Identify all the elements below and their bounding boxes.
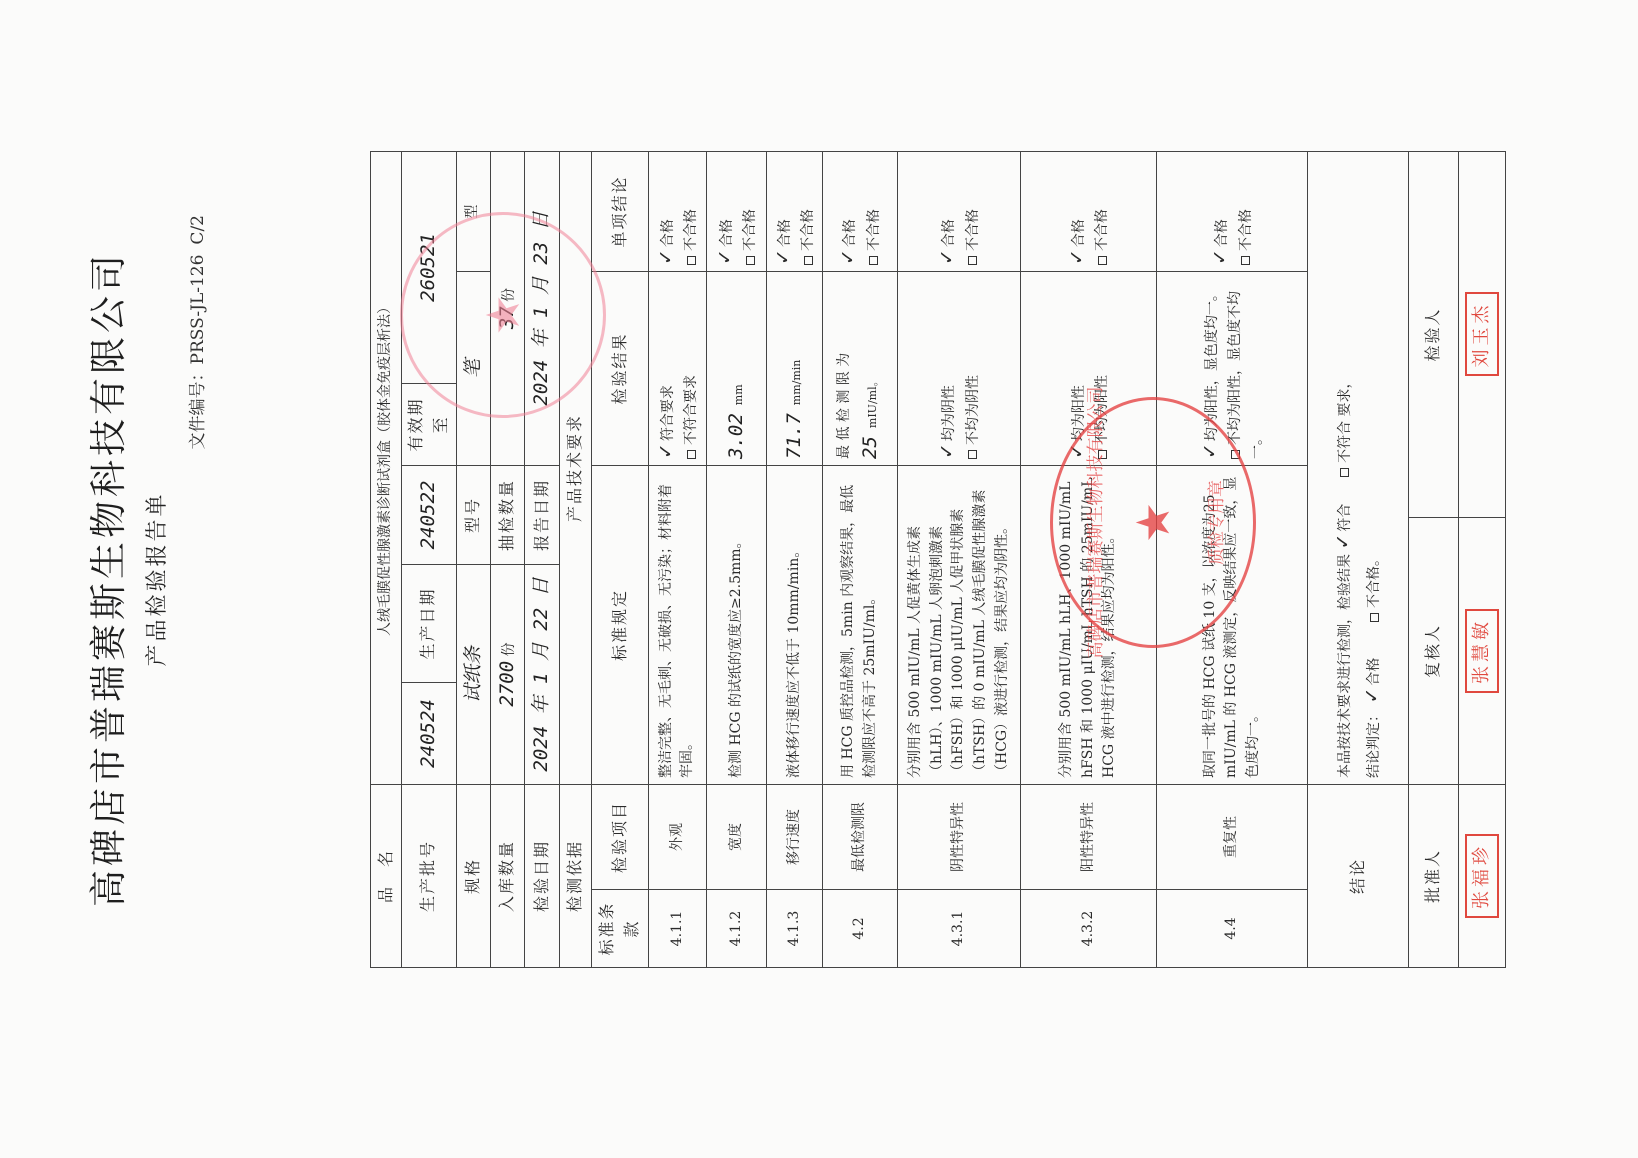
checkbox-icon [804,256,813,265]
inspection-table: 品 名 人绒毛膜促性腺激素诊断试剂盒（胶体金免疫层析法） 生产批号 240524… [370,151,1506,968]
checkbox-icon [1370,613,1379,622]
checkbox-icon [968,450,977,459]
col-item: 检验项目 [591,784,648,889]
verdict-option[interactable]: 不合格 [798,158,820,265]
result-option[interactable]: 不均为阳性，显色度不均一。 [1225,278,1268,459]
standard-cell: 液体移行速度应不低于 10mm/min。 [766,465,822,784]
verdict-cell: ✓合格不合格 [823,151,898,271]
checkbox-icon [1098,256,1107,265]
row-basis: 检测依据 产品技术要求 [559,151,591,967]
test-row: 4.3.1阴性特异性分别用含 500 mIU/mL 人促黄体生成素（hLH）、1… [898,151,1021,967]
prod-date-label: 生产日期 [402,564,457,682]
doc-version: C/2 [188,215,208,245]
test-row: 4.2最低检测限用 HCG 质控品检测，5min 内观察结果，最低检测限应不高于… [823,151,898,967]
item-cell: 阴性特异性 [898,784,1021,889]
batch-label: 生产批号 [402,784,457,967]
inspect-date-label: 检验日期 [525,784,559,967]
row-dates: 检验日期 2024 年 1 月 22 日 报告日期 2024 年 1 月 23 … [525,151,559,967]
stock-qty-label: 入库数量 [491,784,525,967]
verdict-option[interactable]: ✓合格 [652,158,681,265]
result-cell: ✓符合要求不符合要求 [648,271,706,465]
result-value[interactable]: 71.7 [783,413,805,459]
reviewer-stamp: 张慧敏 [1465,609,1499,693]
verdict-cell: ✓合格不合格 [1157,151,1308,271]
item-cell: 重复性 [1157,784,1308,889]
judgement-label: 结论判定： [1366,708,1382,778]
not-conform-option[interactable]: 不符合 [1337,421,1353,477]
standard-cell: 用 HCG 质控品检测，5min 内观察结果，最低检测限应不高于 25mIU/m… [823,465,898,784]
result-cell: 71.7mm/min [766,271,822,465]
stock-qty-value: 2700 [496,661,518,707]
result-cell: 3.02mm [706,271,766,465]
conclusion-text: 本品按技术要求进行检测，检验结果 ✓符合 不符合 要求， 结论判定： ✓合格 不… [1308,151,1409,784]
verdict-cell: ✓合格不合格 [766,151,822,271]
checkbox-icon [1231,450,1240,459]
report-date-label: 报告日期 [525,465,559,564]
checkbox-icon [968,256,977,265]
test-row: 4.1.1外观整洁完整、无毛刺、无破损、无污染；材料附着牢固。✓符合要求不符合要… [648,151,706,967]
batch-value: 240524 [402,682,457,784]
check-icon: ✓ [933,249,962,265]
verdict-cell: ✓合格不合格 [898,151,1021,271]
result-value[interactable]: 25 [859,436,881,459]
verdict-option[interactable]: 不合格 [740,158,762,265]
row-spec: 规格 试纸条 型号 笔 型 [456,151,490,967]
check-icon: ✓ [834,249,863,265]
approver-label: 批准人 [1409,784,1459,967]
signature-stamp-row: 张福珍 张慧敏 刘玉杰 [1459,151,1506,967]
verdict-option[interactable]: ✓合格 [1063,158,1092,265]
test-row: 4.1.2宽度检测 HCG 的试纸的宽度应≥2.5mm。3.02mm✓合格不合格 [706,151,766,967]
result-value[interactable]: 3.02 [725,413,747,459]
test-row: 4.1.3移行速度液体移行速度应不低于 10mm/min。71.7mm/min✓… [766,151,822,967]
verdict-cell: ✓合格不合格 [1021,151,1157,271]
doc-no-label: 文件编号： [188,364,208,449]
item-cell: 外观 [648,784,706,889]
pass-option[interactable]: ✓合格 [1366,658,1382,704]
col-result: 检验结果 [591,271,648,465]
conclusion-row: 结论 本品按技术要求进行检测，检验结果 ✓符合 不符合 要求， 结论判定： ✓合… [1308,151,1409,967]
test-rows: 4.1.1外观整洁完整、无毛刺、无破损、无污染；材料附着牢固。✓符合要求不符合要… [648,151,1307,967]
test-row: 4.4重复性取同一批号的 HCG 试纸 10 支，以浓度为25 mIU/mL 的… [1157,151,1308,967]
verdict-cell: ✓合格不合格 [706,151,766,271]
standard-cell: 整洁完整、无毛刺、无破损、无污染；材料附着牢固。 [648,465,706,784]
fail-option[interactable]: 不合格。 [1366,552,1382,622]
conclusion-text-before: 本品按技术要求进行检测，检验结果 [1337,554,1353,778]
document-number: 文件编号：PRSS-JL-126C/2 [183,215,208,449]
approver-stamp: 张福珍 [1465,834,1499,918]
col-clause: 标准条款 [591,890,648,968]
expiry-label: 有效期至 [402,383,457,465]
conform-option[interactable]: ✓符合 [1337,504,1353,550]
stock-qty-unit: 份 [501,642,517,656]
clause-cell: 4.1.1 [648,890,706,968]
verdict-option[interactable]: 不合格 [963,158,985,265]
report-date-value: 2024 年 1 月 23 日 [525,151,559,465]
company-title: 高碑店市普瑞赛斯生物科技有限公司 [78,0,132,1158]
checkbox-icon [869,256,878,265]
check-icon: ✓ [1063,443,1092,459]
clause-cell: 4.3.2 [1021,890,1157,968]
result-option[interactable]: ✓均为阴性 [933,278,962,459]
sample-qty-label: 抽检数量 [491,465,525,564]
verdict-option[interactable]: 不合格 [864,158,886,265]
check-icon: ✓ [652,249,681,265]
clause-cell: 4.3.1 [898,890,1021,968]
checkbox-icon [1241,256,1250,265]
clause-cell: 4.4 [1157,890,1308,968]
result-option[interactable]: ✓符合要求 [652,278,681,459]
verdict-option[interactable]: ✓合格 [1206,158,1235,265]
col-verdict: 单项结论 [591,151,648,271]
inspect-date-value: 2024 年 1 月 22 日 [525,564,559,784]
verdict-option[interactable]: 不合格 [681,158,703,265]
row-batch: 生产批号 240524 生产日期 240522 有效期至 260521 [402,151,457,967]
product-name-label: 品 名 [371,784,402,967]
conclusion-text-after: 要求， [1337,374,1353,416]
check-icon: ✓ [933,443,962,459]
result-option[interactable]: 不符合要求 [681,278,703,459]
inspector-stamp: 刘玉杰 [1465,292,1499,376]
model-suffix: 型 [456,151,490,271]
sample-qty-unit: 份 [501,288,517,302]
conclusion-label: 结论 [1308,784,1409,967]
verdict-option[interactable]: 不合格 [1236,158,1258,265]
check-icon: ✓ [1196,443,1225,459]
result-cell: ✓均为阳性不均为阳性 [1021,271,1157,465]
col-standard: 标准规定 [591,465,648,784]
check-icon: ✓ [1329,534,1358,550]
result-option[interactable]: ✓均为阳性 [1063,278,1092,459]
result-option[interactable]: ✓均为阳性，显色度均一。 [1196,278,1225,459]
result-cell: 最 低 检 测 限 为25mIU/ml。 [823,271,898,465]
standard-cell: 检测 HCG 的试纸的宽度应≥2.5mm。 [706,465,766,784]
column-header-row: 标准条款 检验项目 标准规定 检验结果 单项结论 [591,151,648,967]
verdict-option[interactable]: ✓合格 [933,158,962,265]
reviewer-label: 复核人 [1409,517,1459,784]
model-value: 笔 [456,271,490,465]
check-icon: ✓ [652,443,681,459]
standard-cell: 取同一批号的 HCG 试纸 10 支，以浓度为25 mIU/mL 的 HCG 液… [1157,465,1308,784]
verdict-option[interactable]: ✓合格 [769,158,798,265]
expiry-value: 260521 [402,151,457,383]
checkbox-icon [687,450,696,459]
clause-cell: 4.1.3 [766,890,822,968]
check-icon: ✓ [711,249,740,265]
verdict-option[interactable]: 不合格 [1092,158,1114,265]
report-sheet: 高碑店市普瑞赛斯生物科技有限公司 产品检验报告单 文件编号：PRSS-JL-12… [0,0,1638,1158]
verdict-cell: ✓合格不合格 [648,151,706,271]
prod-date-value: 240522 [402,465,457,564]
result-cell: ✓均为阳性，显色度均一。不均为阳性，显色度不均一。 [1157,271,1308,465]
result-unit: mm/min [790,360,803,406]
clause-cell: 4.1.2 [706,890,766,968]
item-cell: 宽度 [706,784,766,889]
model-label: 型号 [456,465,490,564]
checkbox-icon [746,256,755,265]
standard-cell: 分别用含 500 mIU/mL hLH、1000 mIU/mL hFSH 和 1… [1021,465,1157,784]
checkbox-icon [687,256,696,265]
item-cell: 阳性特异性 [1021,784,1157,889]
check-icon: ✓ [1206,249,1235,265]
product-name: 人绒毛膜促性腺激素诊断试剂盒（胶体金免疫层析法） [371,151,402,784]
row-quantity: 入库数量 2700 份 抽检数量 37 份 [491,151,525,967]
basis-label: 检测依据 [559,784,591,967]
signature-role-row: 批准人 复核人 检验人 [1409,151,1459,967]
check-icon: ✓ [1358,688,1387,704]
test-row: 4.3.2阳性特异性分别用含 500 mIU/mL hLH、1000 mIU/m… [1021,151,1157,967]
basis-value: 产品技术要求 [559,151,591,784]
doc-no: PRSS-JL-126 [188,255,208,365]
result-unit: mm [732,384,745,405]
check-icon: ✓ [769,249,798,265]
check-icon: ✓ [1063,249,1092,265]
row-product-name: 品 名 人绒毛膜促性腺激素诊断试剂盒（胶体金免疫层析法） [371,151,402,967]
verdict-option[interactable]: ✓合格 [834,158,863,265]
inspector-label: 检验人 [1409,151,1459,517]
verdict-option[interactable]: ✓合格 [711,158,740,265]
result-prefix: 最 低 检 测 限 为 [836,353,852,459]
checkbox-icon [1098,450,1107,459]
standard-cell: 分别用含 500 mIU/mL 人促黄体生成素（hLH）、1000 mIU/mL… [898,465,1021,784]
checkbox-icon [1340,468,1349,477]
spec-value: 试纸条 [456,564,490,784]
result-option[interactable]: 不均为阴性 [963,278,985,459]
clause-cell: 4.2 [823,890,898,968]
item-cell: 移行速度 [766,784,822,889]
sample-qty-value: 37 [496,306,518,329]
result-unit: mIU/ml。 [866,375,879,428]
report-title: 产品检验报告单 [140,0,171,1158]
result-cell: ✓均为阴性不均为阴性 [898,271,1021,465]
result-option[interactable]: 不均为阳性 [1092,278,1114,459]
spec-label: 规格 [456,784,490,967]
item-cell: 最低检测限 [823,784,898,889]
